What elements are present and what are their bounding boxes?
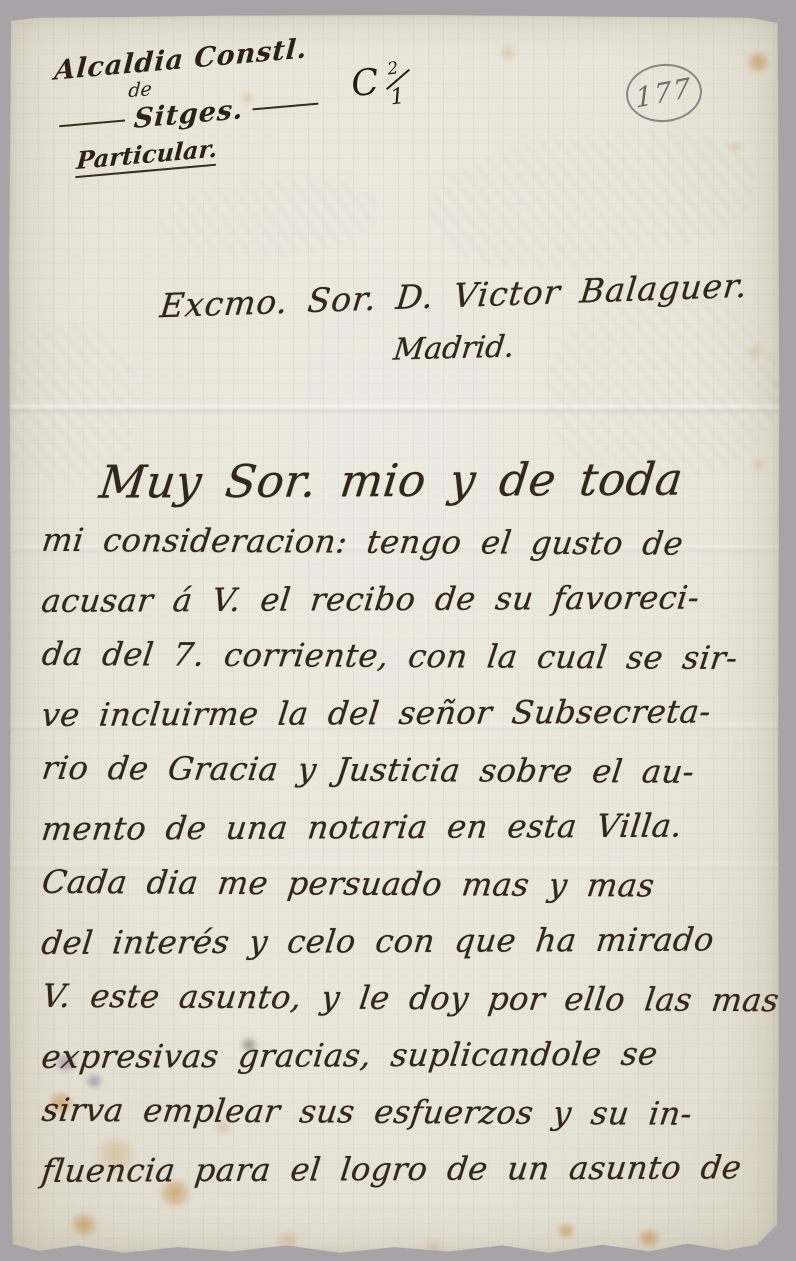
body-line: mento de una notaria en esta Villa. (38, 797, 781, 858)
body-line: mi consideracion: tengo el gusto de (39, 512, 782, 573)
letterhead: Alcaldia Constl. de Sitges. Particular. (53, 33, 323, 179)
letter-body: Muy Sor. mio y de toda mi consideracion:… (42, 448, 778, 1198)
stain (730, 142, 742, 152)
letter-page: Alcaldia Constl. de Sitges. Particular. … (8, 14, 780, 1254)
letterhead-rule-right (252, 102, 318, 110)
file-mark-fraction: 2 1 (379, 61, 418, 116)
city-line: Madrid. (116, 322, 792, 375)
stain (500, 46, 516, 60)
body-line: da del 7. corriente, con la cual se sir- (39, 626, 782, 687)
body-line: del interés y celo con que ha mirado (38, 911, 781, 972)
stain (276, 1232, 300, 1248)
file-mark-letter: C (349, 65, 380, 104)
body-line: rio de Gracia y Justicia sobre el au- (39, 740, 782, 801)
stain (636, 1230, 662, 1246)
stain (70, 1214, 98, 1236)
stain (746, 52, 770, 72)
body-line: Muy Sor. mio y de toda (38, 446, 782, 516)
letterhead-particular: Particular. (75, 133, 218, 178)
ghost-writing (421, 114, 764, 283)
stain (556, 1224, 576, 1238)
body-line: acusar á V. el recibo de su favoreci- (38, 569, 781, 630)
fold-crease (8, 405, 780, 412)
salutation: Excmo. Sor. D. Victor Balaguer. Madrid. (118, 276, 790, 366)
recipient-line: Excmo. Sor. D. Victor Balaguer. (116, 264, 792, 327)
letterhead-rule-left (59, 119, 125, 127)
body-line: sirva emplear sus esfuerzos y su in- (39, 1082, 782, 1143)
file-mark: C 2 1 (349, 61, 418, 119)
file-mark-denominator: 1 (389, 84, 406, 110)
stain (426, 1242, 442, 1252)
body-line: ve incluirme la del señor Subsecreta- (38, 683, 781, 744)
body-line: V. este asunto, y le doy por ello las ma… (39, 968, 782, 1029)
page-number-stamp: 177 (624, 61, 705, 125)
scanned-letter-photo: { "colors": { "backdrop": "#a9a3a7", "pa… (0, 0, 796, 1261)
file-mark-numerator: 2 (386, 58, 399, 79)
body-line: Cada dia me persuado mas y mas (39, 854, 782, 915)
page-number: 177 (635, 72, 693, 114)
body-line: fluencia para el logro de un asunto de (38, 1139, 781, 1200)
ghost-writing (155, 170, 381, 269)
body-line: expresivas gracias, suplicandole se (38, 1025, 781, 1086)
